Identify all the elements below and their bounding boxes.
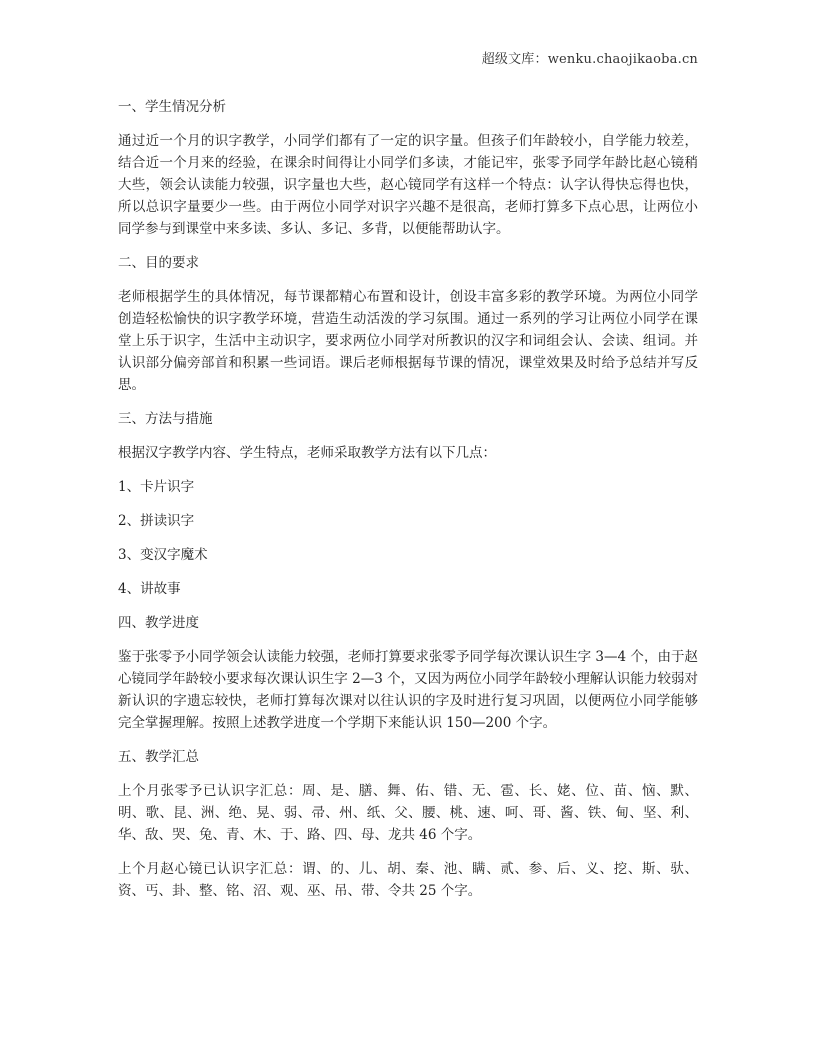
section-heading-progress: 四、教学进度 bbox=[118, 612, 698, 634]
list-item: 2、拼读识字 bbox=[118, 510, 698, 532]
section-heading-goals: 二、目的要求 bbox=[118, 252, 698, 274]
section-heading-methods: 三、方法与措施 bbox=[118, 408, 698, 430]
section-heading-summary: 五、教学汇总 bbox=[118, 746, 698, 768]
paragraph: 通过近一个月的识字教学，小同学们都有了一定的识字量。但孩子们年龄较小，自学能力较… bbox=[118, 130, 698, 240]
document-body: 一、学生情况分析 通过近一个月的识字教学，小同学们都有了一定的识字量。但孩子们年… bbox=[118, 96, 698, 914]
paragraph: 根据汉字教学内容、学生特点，老师采取教学方法有以下几点： bbox=[118, 442, 698, 464]
list-item: 3、变汉字魔术 bbox=[118, 544, 698, 566]
paragraph: 上个月张零予已认识字汇总：周、是、膳、舞、佑、错、无、雹、长、姥、位、苗、恼、默… bbox=[118, 780, 698, 846]
paragraph: 老师根据学生的具体情况，每节课都精心布置和设计，创设丰富多彩的教学环境。为两位小… bbox=[118, 286, 698, 396]
section-heading-student-analysis: 一、学生情况分析 bbox=[118, 96, 698, 118]
list-item: 4、讲故事 bbox=[118, 578, 698, 600]
page-header-source: 超级文库：wenku.chaojikaoba.cn bbox=[482, 48, 698, 67]
paragraph: 鉴于张零予小同学领会认读能力较强，老师打算要求张零予同学每次课认识生字 3—4 … bbox=[118, 646, 698, 734]
paragraph: 上个月赵心镜已认识字汇总：谓、的、儿、胡、秦、池、瞒、贰、参、后、义、挖、斯、驮… bbox=[118, 858, 698, 902]
list-item: 1、卡片识字 bbox=[118, 476, 698, 498]
